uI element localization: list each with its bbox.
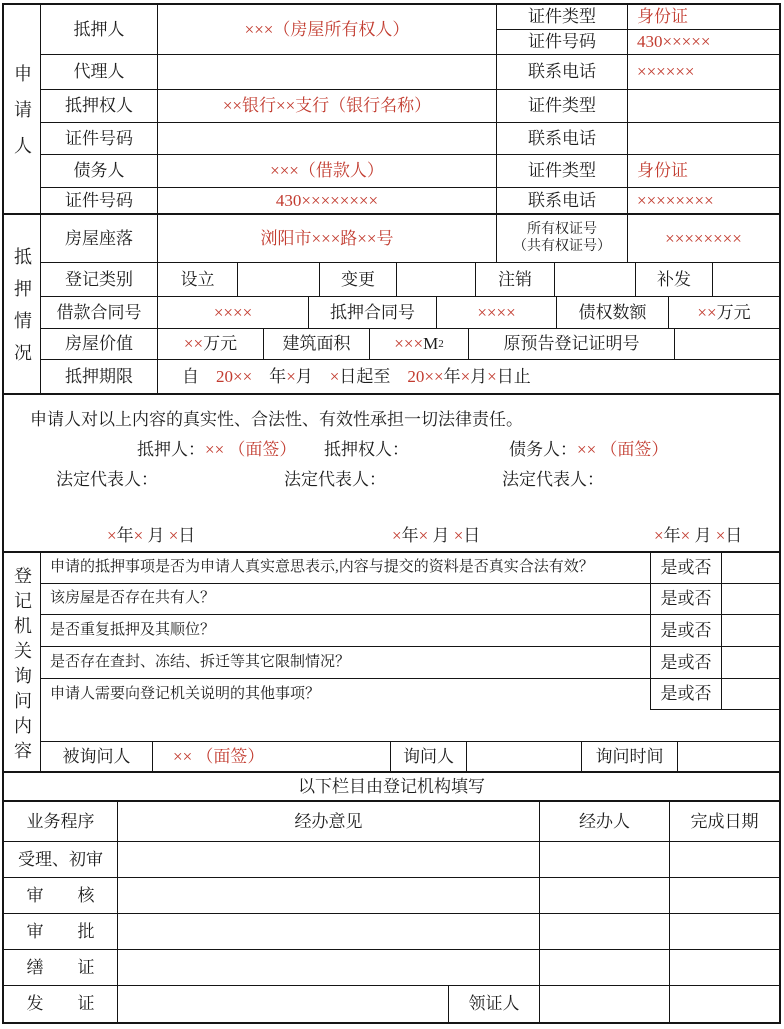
inquiry-side-label-text: 登记机关询问内容 <box>9 566 35 766</box>
mortgagee-signature: 抵押权人： <box>324 435 409 460</box>
applicant-side-label: 申请人 <box>4 5 41 213</box>
yes-no-label: 是或否 <box>651 679 722 710</box>
doc-type-value: 身份证 <box>628 155 779 188</box>
office-rows: 业务程序 经办意见 经办人 完成日期 受理、初审 审 核 审 批 <box>4 802 779 1022</box>
handler-box <box>540 950 670 986</box>
date-box <box>670 878 779 914</box>
interviewer-value <box>467 742 582 771</box>
doc-type-value <box>628 90 779 123</box>
question-row: 是否重复抵押及其顺位？ 是或否 <box>41 615 779 647</box>
debtor-doc-no-row: 证件号码 430×××××××× 联系电话 ×××××××× <box>41 188 779 213</box>
inquiry-section: 登记机关询问内容 申请的抵押事项是否为申请人真实意思表示,内容与提交的资料是否真… <box>4 553 779 773</box>
reg-type-setup-box <box>238 263 320 297</box>
reg-type-option-reissue: 补发 <box>636 263 713 297</box>
mortgage-section: 抵押情况 房屋座落 浏阳市×××路××号 所有权证号 （共有权证号） ×××××… <box>4 215 779 395</box>
contract-row: 借款合同号 ×××× 抵押合同号 ×××× 债权数额 ××万元 <box>41 297 779 329</box>
declaration-section: 申请人对以上内容的真实性、合法性、有效性承担一切法律责任。 抵押人：×× （面签… <box>4 395 779 553</box>
agent-row: 代理人 联系电话 ×××××× <box>41 55 779 90</box>
mortgagee-value: ××银行××支行（银行名称） <box>158 90 497 123</box>
question-text: 申请人需要向登记机关说明的其他事项？ <box>41 679 651 710</box>
office-header-procedure: 业务程序 <box>4 802 118 842</box>
opinion-box <box>118 878 540 914</box>
office-row-issue-cert: 发 证 领证人 <box>4 986 779 1022</box>
yes-no-label: 是或否 <box>651 553 722 584</box>
phone-value <box>628 123 779 155</box>
agent-label: 代理人 <box>41 55 158 90</box>
legal-rep-label: 法定代表人： <box>502 465 604 490</box>
inquiry-time-label: 询问时间 <box>582 742 678 771</box>
debt-amount-value: ××万元 <box>669 297 779 329</box>
applicant-rows: 抵押人 ×××（房屋所有权人） 证件类型 身份证 证件号码 430××××× 代… <box>41 5 779 213</box>
house-value-value: ××万元 <box>158 329 264 360</box>
inquiry-rows: 申请的抵押事项是否为申请人真实意思表示,内容与提交的资料是否真实合法有效？ 是或… <box>41 553 779 771</box>
office-row-label: 审 批 <box>4 914 118 950</box>
debtor-signature: 债务人：×× （面签） <box>509 435 668 460</box>
answer-box <box>722 647 779 679</box>
question-row: 该房屋是否存在共有人？ 是或否 <box>41 584 779 615</box>
mortgagor-id-subtable: 证件类型 身份证 证件号码 430××××× <box>497 5 779 55</box>
loan-contract-value: ×××× <box>158 297 309 329</box>
handler-box <box>540 914 670 950</box>
office-row-label: 受理、初审 <box>4 842 118 878</box>
opinion-box <box>118 986 449 1022</box>
doc-type-label: 证件类型 <box>497 155 628 188</box>
mortgagor-sign-value: ×× （面签） <box>205 440 296 459</box>
question-text: 是否重复抵押及其顺位？ <box>41 615 651 647</box>
office-row-label: 审 核 <box>4 878 118 914</box>
answer-box <box>722 553 779 584</box>
interviewee-value: ×× （面签） <box>153 742 391 771</box>
debtor-label: 债务人 <box>41 155 158 188</box>
date-box <box>670 986 779 1022</box>
sign-date: ×年× 月 ×日 <box>392 521 480 546</box>
interviewer-label: 询问人 <box>391 742 467 771</box>
mortgage-registration-form: 申请人 抵押人 ×××（房屋所有权人） 证件类型 身份证 证件号码 430×××… <box>2 3 781 1024</box>
mortgagee-sign-label: 抵押权人： <box>324 440 409 459</box>
interviewee-label: 被询问人 <box>41 742 153 771</box>
mortgage-contract-label: 抵押合同号 <box>309 297 437 329</box>
office-row-accept: 受理、初审 <box>4 842 779 878</box>
reg-type-reissue-box <box>713 263 779 297</box>
term-row: 抵押期限 自 20×× 年 × 月 × 日起至 20××年 × 月 × 日止 <box>41 360 779 393</box>
question-text: 是否存在查封、冻结、拆迁等其它限制情况？ <box>41 647 651 679</box>
handler-box <box>540 878 670 914</box>
house-location-label: 房屋座落 <box>41 215 158 263</box>
yes-no-label: 是或否 <box>651 647 722 679</box>
inquiry-spacer-row <box>41 710 779 742</box>
office-header-opinion: 经办意见 <box>118 802 540 842</box>
reg-type-option-cancel: 注销 <box>476 263 555 297</box>
house-location-row: 房屋座落 浏阳市×××路××号 所有权证号 （共有权证号） ×××××××× <box>41 215 779 263</box>
pre-registration-value <box>675 329 779 360</box>
doc-no-value <box>158 123 497 155</box>
phone-label: 联系电话 <box>497 188 628 213</box>
answer-box <box>722 615 779 647</box>
house-value-label: 房屋价值 <box>41 329 158 360</box>
phone-label: 联系电话 <box>497 123 628 155</box>
inquiry-side-label: 登记机关询问内容 <box>4 553 41 771</box>
doc-type-label: 证件类型 <box>497 90 628 123</box>
mortgagor-label: 抵押人 <box>41 5 158 55</box>
opinion-box <box>118 950 540 986</box>
mortgagee-label: 抵押权人 <box>41 90 158 123</box>
handler-box <box>540 842 670 878</box>
pre-registration-label: 原预告登记证明号 <box>469 329 675 360</box>
reg-type-option-setup: 设立 <box>158 263 238 297</box>
applicant-side-label-text: 申请人 <box>9 64 35 172</box>
phone-label: 联系电话 <box>497 55 628 90</box>
inquiry-time-value <box>678 742 779 771</box>
doc-no-value: 430××××× <box>628 30 779 55</box>
opinion-box <box>118 914 540 950</box>
interviewee-row: 被询问人 ×× （面签） 询问人 询问时间 <box>41 742 779 771</box>
debtor-sign-label: 债务人： <box>509 440 577 459</box>
phone-value: ×××××××× <box>628 188 779 213</box>
office-band-title: 以下栏目由登记机构填写 <box>4 773 779 802</box>
date-box <box>670 914 779 950</box>
cert-receiver-label: 领证人 <box>449 986 540 1022</box>
mortgagee-row: 抵押权人 ××银行××支行（银行名称） 证件类型 <box>41 90 779 123</box>
mortgagor-signature: 抵押人：×× （面签） <box>137 435 296 460</box>
sign-date: ×年× 月 ×日 <box>654 521 742 546</box>
reg-type-cancel-box <box>555 263 636 297</box>
agent-value <box>158 55 497 90</box>
date-box <box>670 842 779 878</box>
doc-type-label: 证件类型 <box>497 5 628 30</box>
house-location-value: 浏阳市×××路××号 <box>158 215 497 263</box>
office-section: 业务程序 经办意见 经办人 完成日期 受理、初审 审 核 审 批 <box>4 802 779 1022</box>
question-text: 申请的抵押事项是否为申请人真实意思表示,内容与提交的资料是否真实合法有效？ <box>41 553 651 584</box>
doc-no-value: 430×××××××× <box>158 188 497 213</box>
question-text: 该房屋是否存在共有人？ <box>41 584 651 615</box>
floor-area-label: 建筑面积 <box>264 329 370 360</box>
term-label: 抵押期限 <box>41 360 158 393</box>
cert-receiver-box <box>540 986 670 1022</box>
mortgagor-doc-type-row: 证件类型 身份证 <box>497 5 779 30</box>
loan-contract-label: 借款合同号 <box>41 297 158 329</box>
applicant-section: 申请人 抵押人 ×××（房屋所有权人） 证件类型 身份证 证件号码 430×××… <box>4 5 779 215</box>
question-row: 申请人需要向登记机关说明的其他事项？ 是或否 <box>41 679 779 710</box>
question-row: 申请的抵押事项是否为申请人真实意思表示,内容与提交的资料是否真实合法有效？ 是或… <box>41 553 779 584</box>
phone-value: ×××××× <box>628 55 779 90</box>
reg-type-row: 登记类别 设立 变更 注销 补发 <box>41 263 779 297</box>
mortgagee-doc-no-row: 证件号码 联系电话 <box>41 123 779 155</box>
office-row-label: 缮 证 <box>4 950 118 986</box>
office-header-date: 完成日期 <box>670 802 779 842</box>
reg-type-option-change: 变更 <box>320 263 397 297</box>
debtor-value: ×××（借款人） <box>158 155 497 188</box>
doc-no-label: 证件号码 <box>497 30 628 55</box>
office-row-prepare-cert: 缮 证 <box>4 950 779 986</box>
ownership-cert-label: 所有权证号 （共有权证号） <box>497 215 628 263</box>
inquiry-notes-area <box>41 710 779 742</box>
floor-area-value: ×××M2 <box>370 329 469 360</box>
answer-box <box>722 679 779 710</box>
sign-date: ×年× 月 ×日 <box>107 521 195 546</box>
date-box <box>670 950 779 986</box>
doc-no-label: 证件号码 <box>41 188 158 213</box>
office-header-row: 业务程序 经办意见 经办人 完成日期 <box>4 802 779 842</box>
declaration-area: 申请人对以上内容的真实性、合法性、有效性承担一切法律责任。 抵押人：×× （面签… <box>4 395 779 551</box>
opinion-box <box>118 842 540 878</box>
legal-rep-label: 法定代表人： <box>56 465 158 490</box>
doc-type-value: 身份证 <box>628 5 779 30</box>
yes-no-label: 是或否 <box>651 615 722 647</box>
question-row: 是否存在查封、冻结、拆迁等其它限制情况？ 是或否 <box>41 647 779 679</box>
office-row-label: 发 证 <box>4 986 118 1022</box>
legal-rep-label: 法定代表人： <box>284 465 386 490</box>
office-row-review: 审 核 <box>4 878 779 914</box>
value-area-row: 房屋价值 ××万元 建筑面积 ×××M2 原预告登记证明号 <box>41 329 779 360</box>
declaration-statement: 申请人对以上内容的真实性、合法性、有效性承担一切法律责任。 <box>30 405 523 430</box>
mortgagor-value: ×××（房屋所有权人） <box>158 5 497 55</box>
debt-amount-label: 债权数额 <box>557 297 669 329</box>
mortgage-rows: 房屋座落 浏阳市×××路××号 所有权证号 （共有权证号） ×××××××× 登… <box>41 215 779 393</box>
debtor-sign-value: ×× （面签） <box>577 440 668 459</box>
mortgagor-row: 抵押人 ×××（房屋所有权人） 证件类型 身份证 证件号码 430××××× <box>41 5 779 55</box>
mortgage-side-label-text: 抵押情况 <box>9 247 35 375</box>
office-header-handler: 经办人 <box>540 802 670 842</box>
debtor-row: 债务人 ×××（借款人） 证件类型 身份证 <box>41 155 779 188</box>
office-row-approve: 审 批 <box>4 914 779 950</box>
mortgage-side-label: 抵押情况 <box>4 215 41 393</box>
ownership-cert-value: ×××××××× <box>628 215 779 263</box>
reg-type-label: 登记类别 <box>41 263 158 297</box>
mortgage-contract-value: ×××× <box>437 297 557 329</box>
reg-type-change-box <box>397 263 476 297</box>
yes-no-label: 是或否 <box>651 584 722 615</box>
term-value: 自 20×× 年 × 月 × 日起至 20××年 × 月 × 日止 <box>158 360 779 393</box>
answer-box <box>722 584 779 615</box>
mortgagor-sign-label: 抵押人： <box>137 440 205 459</box>
mortgagor-doc-no-row: 证件号码 430××××× <box>497 30 779 55</box>
doc-no-label: 证件号码 <box>41 123 158 155</box>
